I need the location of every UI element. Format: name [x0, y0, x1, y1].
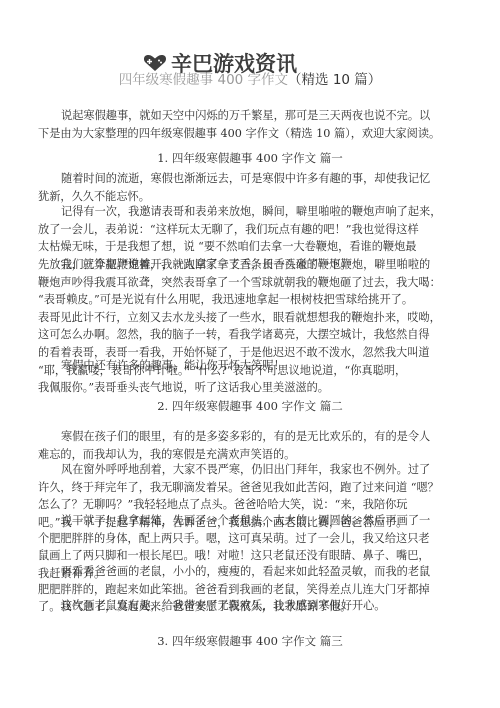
- document-title: 四年级寒假趣事 400 字作文（精选 10 篇）: [0, 68, 500, 88]
- section-2-paragraph-5: 这次画老鼠真有趣，给我带来了无限欢乐，让我感到寒假好开心。: [38, 597, 470, 615]
- section-2-title: 2. 四年级寒假趣事 400 字作文 篇二: [0, 398, 500, 414]
- section-1-title: 1. 四年级寒假趣事 400 字作文 篇一: [0, 150, 500, 166]
- section-1-paragraph-3: 我们三个把鞭炮摊开，一人拿了一支香，用香头碰了一下鞭炮，噼里啪啦的 鞭炮声吵得我…: [38, 256, 470, 397]
- section-3-title: 3. 四年级寒假趣事 400 字作文 篇三: [0, 633, 500, 649]
- document-title-main: 四年级寒假趣事 400 字作文: [119, 72, 288, 88]
- section-2-paragraph-1: 寒假在孩子们的眼里，有的是多姿多彩的，有的是无比欢乐的，有的是令人 难忘的，而我…: [38, 428, 470, 463]
- document-title-suffix: （精选 10 篇）: [288, 72, 381, 88]
- intro-paragraph: 说起寒假趣事，就如天空中闪烁的万千繁星，那可是三天两夜也说不完。以 下是由为大家…: [38, 107, 470, 142]
- section-1-paragraph-1: 随着时间的流逝，寒假也渐渐远去，可是寒假中许多有趣的事，却使我记忆 犹新，久久不…: [38, 170, 470, 205]
- section-1-paragraph-4: 寒假中还有许多的趣事，能让你开怀大笑呢！: [38, 357, 470, 375]
